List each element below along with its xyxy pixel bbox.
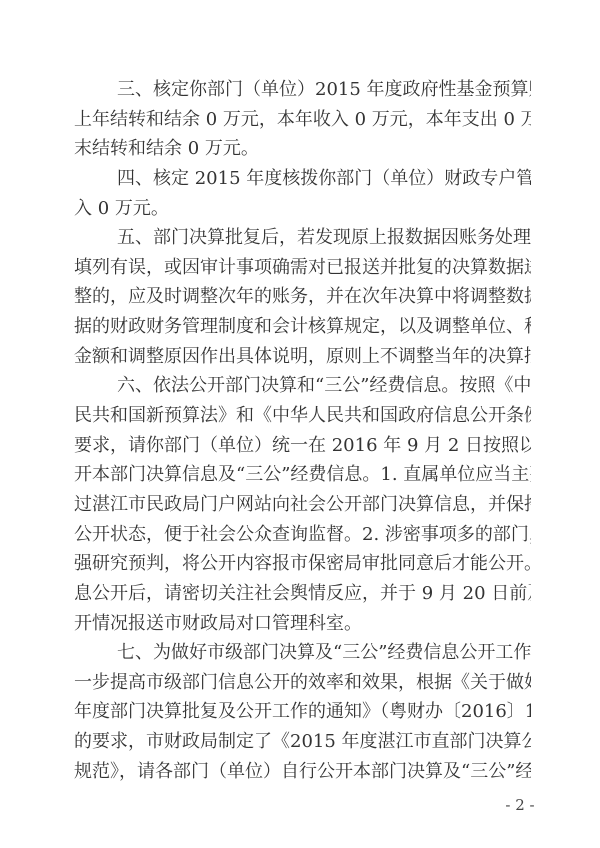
- paragraph-section-4-line: 入 0 万元。: [74, 194, 531, 224]
- paragraph-section-6-line: 六、依法公开部门决算和“三公”经费信息。按照《中华人: [74, 371, 531, 401]
- paragraph-section-3-line: 末结转和结余 0 万元。: [74, 134, 531, 164]
- paragraph-section-6-line: 息公开后，请密切关注社会舆情反应，并于 9 月 20 日前及时将公: [74, 579, 531, 609]
- paragraph-section-5-line: 整的，应及时调整次年的账务，并在次年决算中将调整数据所依: [74, 282, 531, 312]
- document-page: 三、核定你部门（单位）2015 年度政府性基金预算财政拨款 上年结转和结余 0 …: [0, 0, 600, 848]
- paragraph-section-6-line: 开情况报送市财政局对口管理科室。: [74, 609, 531, 639]
- paragraph-section-3-line: 三、核定你部门（单位）2015 年度政府性基金预算财政拨款: [74, 75, 531, 105]
- paragraph-section-6-line: 民共和国新预算法》和《中华人民共和国政府信息公开条例》等: [74, 401, 531, 431]
- paragraph-section-7-line: 年度部门决算批复及公开工作的通知》（粤财办〔2016〕18 号）: [74, 697, 531, 727]
- paragraph-section-6-line: 要求，请你部门（单位）统一在 2016 年 9 月 2 日按照以下要求公: [74, 431, 531, 461]
- page-number: - 2 -: [490, 796, 550, 814]
- paragraph-section-6-line: 公开状态，便于社会公众查询监督。2. 涉密事项多的部门，应加: [74, 520, 531, 550]
- paragraph-section-7-line: 规范》，请各部门（单位）自行公开本部门决算及“三公”经费信: [74, 757, 531, 787]
- paragraph-section-7-line: 七、为做好市级部门决算及“三公”经费信息公开工作，进: [74, 638, 531, 668]
- paragraph-section-6-line: 开本部门决算信息及“三公”经费信息。1. 直属单位应当主要通: [74, 460, 531, 490]
- paragraph-section-7-line: 一步提高市级部门信息公开的效率和效果，根据《关于做好 2015: [74, 668, 531, 698]
- paragraph-section-5-line: 据的财政财务管理制度和会计核算规定，以及调整单位、科目、: [74, 312, 531, 342]
- paragraph-section-4-line: 四、核定 2015 年度核拨你部门（单位）财政专户管理资金收: [74, 164, 531, 194]
- paragraph-section-6-line: 强研究预判，将公开内容报市保密局审批同意后才能公开。3. 信: [74, 549, 531, 579]
- paragraph-section-5-line: 金额和调整原因作出具体说明，原则上不调整当年的决算批复数据。: [74, 342, 531, 372]
- paragraph-section-6-line: 过湛江市民政局门户网站向社会公开部门决算信息，并保持长期: [74, 490, 531, 520]
- paragraph-section-3-line: 上年结转和结余 0 万元，本年收入 0 万元，本年支出 0 万元，年: [74, 105, 531, 135]
- paragraph-section-5-line: 填列有误，或因审计事项确需对已报送并批复的决算数据进行调: [74, 253, 531, 283]
- paragraph-section-7-line: 的要求，市财政局制定了《2015 年度湛江市直部门决算公开工作: [74, 727, 531, 757]
- document-body: 三、核定你部门（单位）2015 年度政府性基金预算财政拨款 上年结转和结余 0 …: [74, 75, 531, 786]
- paragraph-section-5-line: 五、部门决算批复后，若发现原上报数据因账务处理或报表: [74, 223, 531, 253]
